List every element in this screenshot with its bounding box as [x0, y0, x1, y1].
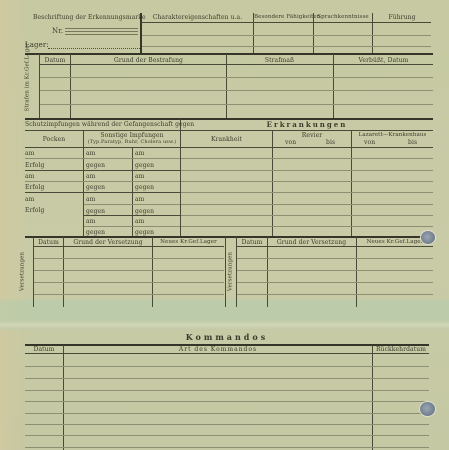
divider [83, 130, 84, 236]
row-rule [181, 181, 433, 182]
label-erfolg: Erfolg [25, 184, 44, 191]
row-rule [25, 170, 180, 171]
nr-line [65, 31, 138, 32]
nr-label: Nr. [52, 28, 63, 35]
row-rule [181, 215, 433, 216]
pow-record-card: Beschriftung der Erkennungsmarke Nr. Lag… [0, 0, 449, 450]
divider [63, 237, 64, 307]
header-rule [181, 147, 433, 148]
divider [272, 130, 273, 236]
row-rule [40, 77, 433, 78]
row-rule [25, 401, 429, 402]
row-rule [237, 258, 433, 259]
row-rule [181, 192, 433, 193]
col-served: Verbüßt, Datum [334, 57, 433, 64]
label-am: am [25, 173, 34, 180]
divider [356, 237, 357, 307]
label-am: am [25, 196, 34, 203]
label-erfolg: Erfolg [25, 207, 44, 214]
row-rule [40, 104, 433, 105]
row-rule [25, 378, 429, 379]
col-transfer-reason: Grund der Versetzung [268, 239, 355, 246]
punch-hole [421, 231, 435, 244]
row-rule [25, 366, 429, 367]
label-gegen: gegen [135, 229, 154, 236]
nr-line [65, 34, 138, 35]
header-rule [181, 130, 433, 131]
label-gegen: gegen [86, 208, 105, 215]
id-tag-label: Beschriftung der Erkennungsmarke [33, 14, 146, 21]
label-gegen: gegen [135, 184, 154, 191]
divider [313, 13, 314, 53]
col-date: Datum [34, 239, 63, 246]
illnesses-title: Erkrankungen [181, 121, 433, 128]
col-return-date: Rückkehrdatum [373, 346, 429, 353]
row-rule [25, 181, 180, 182]
section-rule [25, 118, 433, 120]
row-rule [84, 204, 180, 205]
divider [225, 237, 226, 307]
label-gegen: gegen [86, 229, 105, 236]
kommandos-title: Kommandos [25, 334, 429, 341]
label-am: am [86, 173, 95, 180]
col-other-vaccines-note: (Typ.Paratyp, Ruhr, Cholera usw.) [84, 139, 180, 146]
col-kommando-type: Art des Kommandos [64, 346, 372, 353]
col-conduct: Führung [374, 14, 430, 21]
label-am: am [25, 150, 34, 157]
col-date: Datum [40, 57, 70, 64]
label-am: am [86, 196, 95, 203]
label-gegen: gegen [135, 162, 154, 169]
label-gegen: gegen [135, 208, 154, 215]
label-am: am [135, 196, 144, 203]
punch-hole [420, 402, 435, 416]
col-sickbay: Revier [273, 132, 351, 139]
header-rule [40, 64, 433, 65]
row-rule [142, 46, 431, 47]
header-rule [237, 246, 433, 247]
header-rule [25, 353, 429, 354]
transfers-side-label: Versetzungen [228, 247, 235, 297]
label-gegen: gegen [86, 162, 105, 169]
row-rule [34, 270, 224, 271]
col-character: Charaktereigenschaften u.a. [145, 14, 250, 21]
vaccinations-title: Schutzimpfungen während der Gefangenscha… [25, 121, 180, 128]
divider [33, 237, 34, 307]
sickbay-from: von [285, 139, 296, 146]
row-rule [34, 282, 224, 283]
row-rule [237, 270, 433, 271]
row-rule [25, 192, 180, 193]
row-rule [34, 258, 224, 259]
transfers-side-label: Versetzungen [20, 247, 27, 297]
row-rule [84, 215, 180, 216]
hospital-from: von [364, 139, 375, 146]
row-rule [25, 447, 429, 448]
label-gegen: gegen [86, 184, 105, 191]
paper-fold [0, 320, 449, 330]
col-reason: Grund der Bestrafung [71, 57, 226, 64]
col-new-camp: Neues Kr.Gef.Lager [153, 239, 224, 246]
row-rule [181, 158, 433, 159]
row-rule [34, 294, 224, 295]
divider [236, 237, 237, 307]
col-smallpox: Pocken [25, 136, 83, 143]
lager-field[interactable] [48, 48, 140, 49]
sickbay-to: bis [326, 139, 335, 146]
divider [152, 237, 153, 307]
label-am: am [135, 218, 144, 225]
row-rule [84, 226, 180, 227]
col-languages: Sprachkenntnisse [315, 14, 371, 21]
row-rule [25, 390, 429, 391]
col-date: Datum [237, 239, 267, 246]
label-erfolg: Erfolg [25, 162, 44, 169]
row-rule [25, 158, 180, 159]
col-date: Datum [25, 346, 63, 353]
col-abilities: Besondere Fähigkeiten [254, 14, 312, 21]
header-rule [25, 130, 180, 131]
col-transfer-reason: Grund der Versetzung [64, 239, 152, 246]
nr-line [65, 28, 138, 29]
section-rule [25, 236, 433, 238]
row-rule [142, 35, 431, 36]
hospital-to: bis [408, 139, 417, 146]
section-rule [25, 53, 433, 55]
col-hospital: Lazarett—Krankenhaus [352, 132, 433, 139]
header-rule [141, 22, 431, 23]
row-rule [237, 294, 433, 295]
row-rule [25, 413, 429, 414]
row-rule [237, 282, 433, 283]
row-rule [181, 170, 433, 171]
col-illness: Krankheit [181, 136, 272, 143]
header-rule [34, 246, 224, 247]
divider [267, 237, 268, 307]
row-rule [25, 424, 429, 425]
label-am: am [135, 173, 144, 180]
col-penalty: Strafmaß [227, 57, 332, 64]
row-rule [181, 226, 433, 227]
label-am: am [86, 150, 95, 157]
punishments-side-label: Strafen im Kr.Gef.Lager [25, 60, 32, 112]
row-rule [40, 90, 433, 91]
divider [253, 13, 254, 53]
row-rule [25, 435, 429, 436]
divider [351, 130, 352, 236]
header-rule [25, 147, 180, 148]
divider [372, 13, 373, 53]
col-other-vaccines: Sonstige Impfungen [84, 132, 180, 139]
divider [140, 13, 142, 53]
label-am: am [86, 218, 95, 225]
row-rule [181, 204, 433, 205]
label-am: am [135, 150, 144, 157]
